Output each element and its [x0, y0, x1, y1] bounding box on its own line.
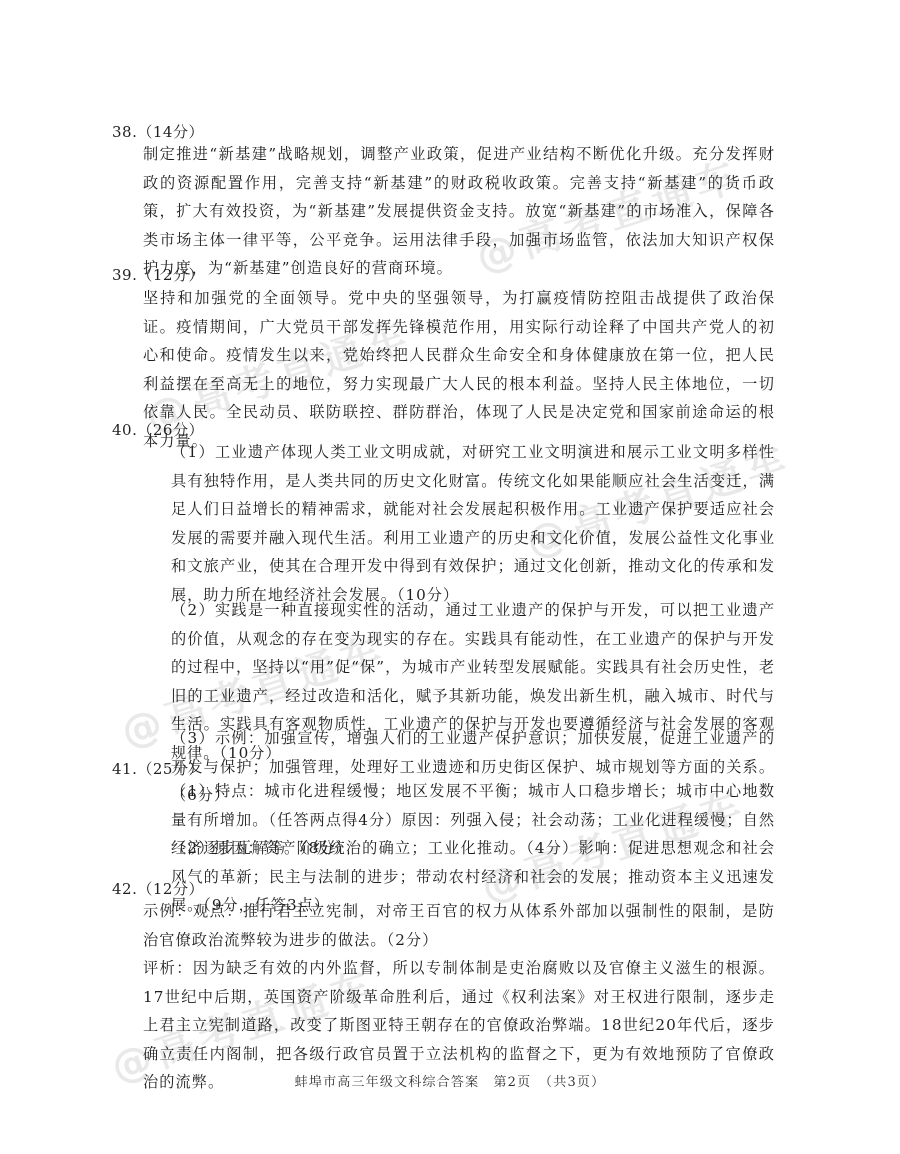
answer-sheet-page: @高考直通车 @高考直通车 @高考直通车 @高考直通车 @高考直通车 @高考直通…: [0, 0, 900, 1154]
question-38-answer: 制定推进“新基建”战略规划，调整产业政策，促进产业结构不断优化升级。充分发挥财政…: [143, 140, 775, 283]
question-39-header: 39.（12分）: [112, 264, 204, 285]
part-label: （2）: [171, 839, 215, 857]
question-score: （25分）: [137, 760, 204, 778]
question-number: 38.: [112, 123, 137, 141]
question-38-header: 38.（14分）: [112, 121, 204, 142]
question-number: 42.: [112, 880, 137, 898]
question-41-header: 41.（25分）: [112, 758, 204, 779]
question-39-answer: 坚持和加强党的全面领导。党中央的坚强领导，为打赢疫情防控阻击战提供了政治保证。疫…: [143, 284, 775, 455]
question-score: （12分）: [137, 880, 204, 898]
question-42-viewpoint: 示例：观点：推行君主立宪制，对帝王百官的权力从体系外部加以强制性的限制，是防治官…: [143, 897, 775, 954]
part-text: 工业遗产体现人类工业文明成就，对研究工业文明演进和展示工业文明多样性具有独特作用…: [171, 443, 775, 604]
part-label: （1）: [171, 782, 215, 800]
question-number: 39.: [112, 266, 137, 284]
question-number: 40.: [112, 421, 137, 439]
question-42-header: 42.（12分）: [112, 878, 204, 899]
question-number: 41.: [112, 760, 137, 778]
question-score: （26分）: [137, 421, 204, 439]
page-footer: 蚌埠市高三年级文科综合答案 第2页 （共3页）: [0, 1071, 900, 1090]
question-score: （12分）: [137, 266, 204, 284]
question-40-part-1: （1）工业遗产体现人类工业文明成就，对研究工业文明演进和展示工业文明多样性具有独…: [135, 438, 775, 609]
question-40-header: 40.（26分）: [112, 419, 204, 440]
part-label: （2）: [171, 601, 215, 619]
part-label: （3）: [171, 729, 215, 747]
question-score: （14分）: [137, 123, 204, 141]
part-label: （1）: [171, 443, 215, 461]
